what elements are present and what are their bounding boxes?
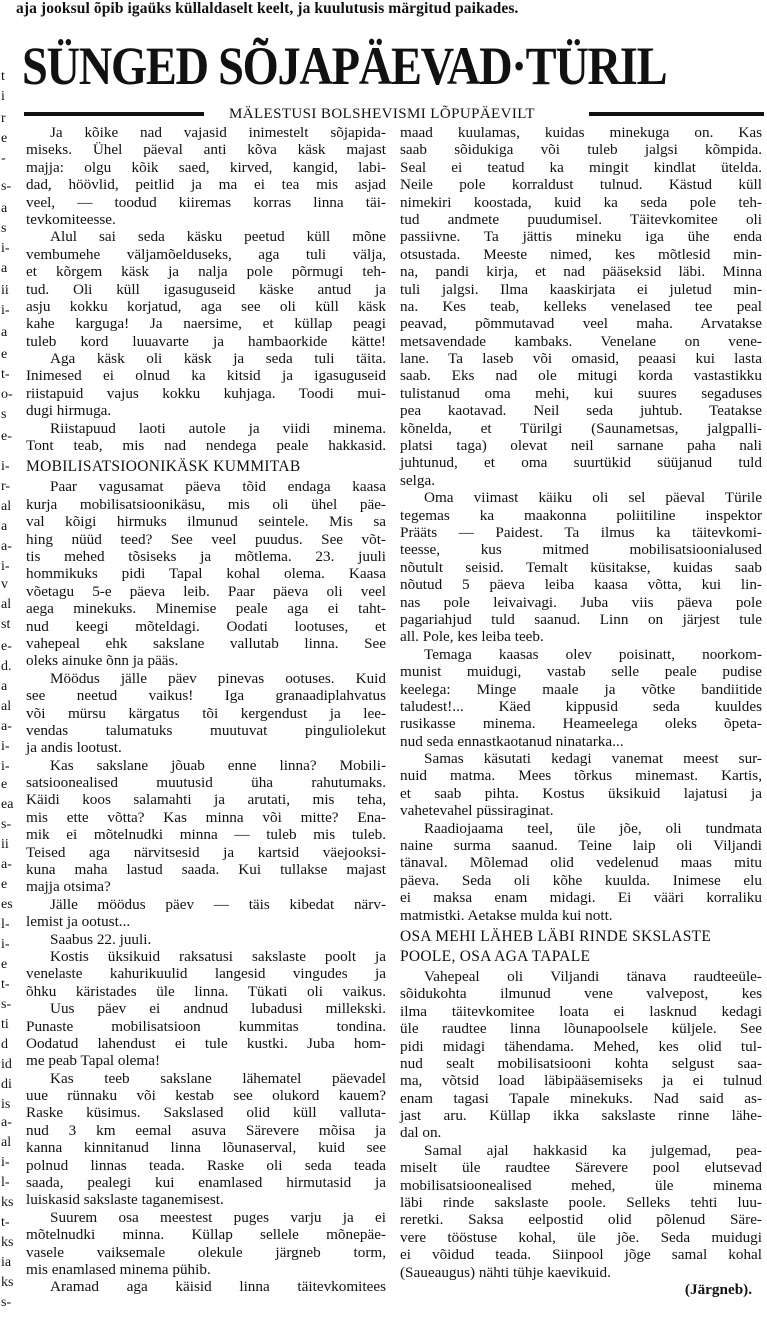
text-line: munist muidugi, vastab selle peale pudis… [400, 663, 762, 680]
margin-fragment: ks [1, 1276, 13, 1290]
text-line: venelaste kahurikuulid langesid vingudes… [26, 965, 386, 982]
margin-fragment: a [1, 202, 7, 216]
text-line: saab. Eks nad ole mitugi korda vastastik… [400, 367, 762, 384]
text-line: Aramad aga käisid linna täitevkomitees [26, 1278, 386, 1295]
article-continuation-note: (Järgneb). [400, 1281, 762, 1298]
text-line: vahepeal ehk sakslane vallutab linna. Se… [26, 635, 386, 652]
margin-fragment: st [1, 618, 10, 632]
rule-right [589, 112, 764, 116]
text-line: teesse, kus mitmed mobilisatsioonialused [400, 541, 762, 558]
text-line: peavad, põmmutavad veel maha. Arvatakse [400, 315, 762, 332]
text-line: läbi rinde sakslaste poole. Selleks teht… [400, 1194, 762, 1211]
margin-fragment: a- [1, 720, 12, 734]
margin-fragment: t- [1, 1216, 10, 1230]
rule-left [24, 112, 204, 116]
margin-fragment: al [1, 500, 11, 514]
text-line: nud sealt mobilisatsiooni kohta selgust … [400, 1055, 762, 1072]
text-line: Riistapuud laoti autole ja viidi minema. [26, 420, 386, 437]
text-line: vahetevahel püssiraginat. [400, 802, 762, 819]
margin-fragment: i- [1, 560, 10, 574]
margin-fragment: i- [1, 460, 10, 474]
text-line: all. Pole, kes leiba teeb. [400, 628, 762, 645]
margin-fragment: i- [1, 760, 10, 774]
text-line: lane. Ta laseb või omasid, peaasi kui la… [400, 350, 762, 367]
text-line: kanna kinnitanud linna lõunaserval, kuid… [26, 1139, 386, 1156]
text-line: võetagu 5-e päeva leib. Paar päeva oli v… [26, 583, 386, 600]
margin-fragment: di [1, 1078, 12, 1092]
margin-fragment: v [1, 578, 8, 592]
text-line: nimekiri koostada, kuid ka seda pole teh… [400, 194, 762, 211]
margin-fragment: s- [1, 998, 11, 1012]
margin-fragment: e [1, 878, 7, 892]
text-line: (Saueaugus) nähti tühje kaevikuid. [400, 1264, 762, 1281]
text-line: pagariahjud tuld saanud. Linn on järjest… [400, 611, 762, 628]
text-line: üle raudtee linna lõunapoolsele küljele.… [400, 1020, 762, 1037]
margin-fragment: a- [1, 858, 12, 872]
margin-fragment: a [1, 326, 7, 340]
text-line: passiivne. Ta jättis mineku iga ühe enda [400, 228, 762, 245]
text-line: majja otsima? [26, 878, 386, 895]
text-line: Raadiojaama teel, üle jõe, oli tundmata [400, 820, 762, 837]
text-line: satsioonealised muutusid üha rahutumaks. [26, 774, 386, 791]
text-line: hing nüüd teed? See veel puudus. See võt… [26, 531, 386, 548]
margin-fragment: a [1, 680, 7, 694]
text-line: Saabus 22. juuli. [26, 931, 386, 948]
margin-fragment: ia [1, 1256, 11, 1270]
text-line: mobilisatsioonealised mehed, üle minema [400, 1177, 762, 1194]
text-line: pidi midagi tähendama. Mehed, kes olid t… [400, 1038, 762, 1055]
text-line: kuna maha lastud saada. Kui tullakse maj… [26, 861, 386, 878]
text-line: metsavendade kambaks. Venelane on vene- [400, 333, 762, 350]
margin-fragment: i [1, 90, 5, 104]
text-line: dal on. [400, 1124, 762, 1141]
margin-fragment: es [1, 898, 13, 912]
margin-fragment: ii [1, 284, 9, 298]
margin-fragment: al [1, 598, 11, 612]
margin-fragment: a- [1, 1116, 12, 1130]
margin-fragment: s- [1, 1296, 11, 1310]
text-line: tud andmete puudumisel. Täitevkomitee ol… [400, 211, 762, 228]
margin-fragment: al [1, 700, 11, 714]
text-line: Tont teab, mis nad nendega peale hakkasi… [26, 437, 386, 454]
text-line: Oma viimast käiku oli sel päeval Türile [400, 489, 762, 506]
text-line: saada, pealegi kui enamlased hirmutasid … [26, 1174, 386, 1191]
text-line: mis enamlased minema pühib. [26, 1261, 386, 1278]
section-heading: MOBILISATSIOONIKÄSK KUMMITAB [26, 458, 386, 476]
text-line: Teised aga närvitsesid ja kartsid väejoo… [26, 844, 386, 861]
subheadline: MÄLESTUSI BOLSHEVISMI LÕPUPÄEVILT [229, 106, 535, 122]
text-line: majja: olgu kõik saed, kirved, kangid, l… [26, 159, 386, 176]
text-line: ei võidud teada. Siinpool jõge samal koh… [400, 1246, 762, 1263]
text-line: naine surma saanud. Teine laip oli Vilja… [400, 837, 762, 854]
section-heading: OSA MEHI LÄHEB LÄBI RINDE SKSLASTE [400, 928, 762, 946]
top-line-fragment: aja jooksul õpib igaüks küllaldaselt kee… [16, 0, 716, 18]
margin-fragment: ti [1, 1018, 9, 1032]
margin-fragment: al [1, 1136, 11, 1150]
article-column-right: maad kuulamas, kuidas minekuga on. Kassa… [400, 124, 762, 1298]
text-line: ei maksa enam midagi. Ei vääri korraliku [400, 889, 762, 906]
text-line: või mürsu kärgatus tõi kergendust ja lee… [26, 705, 386, 722]
section-heading: POOLE, OSA AGA TAPALE [400, 948, 762, 966]
text-line: polnud linnas teada. Raske oli seda tead… [26, 1157, 386, 1174]
margin-fragment: i- [1, 740, 10, 754]
text-line: ja andis lootust. [26, 739, 386, 756]
text-line: me peab Tapal olema! [26, 1052, 386, 1069]
text-line: matmistki. Aetakse mulda kui nott. [400, 907, 762, 924]
margin-fragment: ii [1, 838, 9, 852]
text-line: Samal ajal hakkasid ka julgemad, pea- [400, 1142, 762, 1159]
text-line: et saab pihta. Kostus üksikuid lajatusi … [400, 785, 762, 802]
text-line: Seal ei teatud ka mingit kindlat ütelda. [400, 159, 762, 176]
text-line: na. Kes teab, kelleks venelased tee peal [400, 298, 762, 315]
text-line: pea kaotavad. Neil seda juhtub. Teatakse [400, 402, 762, 419]
text-line: see neetud vaikus! Iga granaadiplahvatus [26, 687, 386, 704]
margin-fragment: s- [1, 180, 11, 194]
text-line: ma, võtsid load läbipääsemiseks ja ei tu… [400, 1072, 762, 1089]
text-line: nud 3 km eemal asuva Särevere mõisa ja [26, 1122, 386, 1139]
margin-fragment: o- [1, 388, 13, 402]
text-line: veel, — toodud kiiremas korras linna täi… [26, 194, 386, 211]
text-line: Kostis üksikuid raksatusi sakslaste pool… [26, 948, 386, 965]
text-line: vendas talumatuks muutuvat pinguliolekut [26, 722, 386, 739]
text-line: õhku käristades üle linna. Tükati oli va… [26, 983, 386, 1000]
text-line: Neile pole korraldust tulnud. Kästud kül… [400, 176, 762, 193]
text-line: tänaval. Mõlemad olid vedelenud maas mit… [400, 854, 762, 871]
text-line: Möödus jälle päev pinevas ootuses. Kuid [26, 670, 386, 687]
text-line: reretki. Saksa eelpostid olid põlenud Sä… [400, 1211, 762, 1228]
text-line: taludest!... Käed kippusid seda kuuldes [400, 698, 762, 715]
text-line: nud seda ennastkaotanud ninatarka... [400, 733, 762, 750]
margin-fragment: - [1, 152, 6, 166]
text-line: riistapuid vajus kokku kuhjaga. Toodi mu… [26, 385, 386, 402]
margin-fragment: e- [1, 640, 12, 654]
text-line: nõutud 5 päeva leiba kaasa võtta, kui li… [400, 576, 762, 593]
text-line: selga. [400, 472, 762, 489]
text-line: tuleb kord luuavarte ja hambaorkide kätt… [26, 333, 386, 350]
margin-fragment: e [1, 348, 7, 362]
margin-fragment: t- [1, 368, 10, 382]
text-line: oleks ainuke õnn ja pääs. [26, 652, 386, 669]
text-line: päeva. Seda oli kõhe kuulda. Inimese elu [400, 872, 762, 889]
margin-fragment: ks [1, 1236, 13, 1250]
text-line: Punaste mobilisatsioon kummitas tondina. [26, 1018, 386, 1035]
margin-fragment: r- [1, 480, 10, 494]
text-line: dugi hirmuga. [26, 402, 386, 419]
text-line: Inimesed ei olnud ka kitsid ja igasuguse… [26, 367, 386, 384]
margin-fragment: s [1, 222, 6, 236]
text-line: hommikuks pidi Tapal kohal olema. Kaasa [26, 565, 386, 582]
text-line: vembumehe väljamõelduseks, aga tuli välj… [26, 246, 386, 263]
margin-fragment: i- [1, 938, 10, 952]
margin-fragment: a [1, 520, 7, 534]
text-line: sõidukohta ilmunud vene valvepost, kes [400, 985, 762, 1002]
text-line: nud keegi mõteldagi. Oodati lootuses, et [26, 618, 386, 635]
text-line: otsustada. Meeste nimed, kes mõtlesid mi… [400, 246, 762, 263]
text-line: platsi taga) olevat neil sarnane paha na… [400, 437, 762, 454]
margin-fragment: s- [1, 818, 11, 832]
adjacent-column-fragments: tire-s-asi-aiii-aet-o-se-i-r-alaa-i-vals… [0, 0, 16, 1340]
text-line: Prääts — Paidest. Ta ilmus ka täitevkomi… [400, 524, 762, 541]
text-line: saab sõidukiga või tuleb jalgsi kõmpida. [400, 141, 762, 158]
margin-fragment: i- [1, 242, 10, 256]
text-line: tuli jalgsi. Ilma kaaskirjata ei juletud… [400, 281, 762, 298]
text-line: Kas teeb sakslane lähematel päevadel [26, 1070, 386, 1087]
text-line: mis ette võtta? Kas minna või mitte? Ena… [26, 809, 386, 826]
text-line: et kõrgem käsk ja nalja pole põrmugi teh… [26, 263, 386, 280]
margin-fragment: l- [1, 1176, 10, 1190]
margin-fragment: e [1, 958, 7, 972]
text-line: Vahepeal oli Viljandi tänava raudteeüle- [400, 968, 762, 985]
text-line: lemist ja ootust... [26, 913, 386, 930]
margin-fragment: t [1, 70, 5, 84]
text-line: tulistanud oma mehi, kui suures segaduse… [400, 385, 762, 402]
text-line: Oodatud lahendust ei tule kustki. Juba h… [26, 1035, 386, 1052]
text-line: nuid matma. Mees tõrkus minemast. Kartis… [400, 767, 762, 784]
text-line: mik ei mõtelnudki minna — tuleb mis tule… [26, 826, 386, 843]
text-line: Alul sai seda käsku peetud küll mõne [26, 228, 386, 245]
text-line: miselt üle raudtee Särevere pool elutsev… [400, 1159, 762, 1176]
text-line: vere tööstuse kohal, üle jõe. Seda muidu… [400, 1229, 762, 1246]
margin-fragment: t- [1, 978, 10, 992]
text-line: vasele vaiksemale olekule järgneb torm, [26, 1244, 386, 1261]
text-line: Kas sakslane jõuab enne linna? Mobili- [26, 757, 386, 774]
text-line: ilma täitevkomitee loata ei lasknud keda… [400, 1003, 762, 1020]
margin-fragment: ks [1, 1196, 13, 1210]
text-line: tud. Oli küll igasuguseid käske antud ja [26, 281, 386, 298]
text-line: Uus päev ei andnud lubadusi millekski. [26, 1000, 386, 1017]
text-line: rusikasse minema. Heameelega oleks õpeta… [400, 715, 762, 732]
text-line: keelega: Minge maale ja võtke bandiitide [400, 681, 762, 698]
text-line: Suurem osa meestest puges varju ja ei [26, 1209, 386, 1226]
margin-fragment: is [1, 1098, 10, 1112]
text-line: nas pole leivaivagi. Juba viis päeva pol… [400, 594, 762, 611]
text-line: Ja kõike nad vajasid inimestelt sõjapida… [26, 124, 386, 141]
text-line: kahe karguga! Ja naersime, et küllap pea… [26, 315, 386, 332]
text-line: jast aru. Küllap ikka sakslaste rinne lä… [400, 1107, 762, 1124]
text-line: kurja mobilisatsioonikäsu, mis oli ühel … [26, 496, 386, 513]
text-line: tevkomiteesse. [26, 211, 386, 228]
margin-fragment: id [1, 1058, 12, 1072]
text-line: asju kokku korjatud, aga see oli küll kä… [26, 298, 386, 315]
text-line: miseks. Ühel päeval anti kõva käsk majas… [26, 141, 386, 158]
margin-fragment: e [1, 132, 7, 146]
text-line: tegemas ka maakonna poliitiline inspekto… [400, 507, 762, 524]
margin-fragment: a- [1, 540, 12, 554]
text-line: tis mehed tõsiseks ja mõtlema. 23. juuli [26, 548, 386, 565]
text-line: Paar vagusamat päeva tõid endaga kaasa [26, 478, 386, 495]
subheadline-row: MÄLESTUSI BOLSHEVISMI LÕPUPÄEVILT [24, 106, 764, 122]
margin-fragment: s [1, 408, 6, 422]
text-line: juhtunud, et oma suurtükid süüjanud tuld [400, 454, 762, 471]
text-line: luiskasid sakslaste taganemisest. [26, 1191, 386, 1208]
text-line: Raske küsimus. Sakslased olid küll vallu… [26, 1104, 386, 1121]
text-line: nõutult seisid. Temalt küsitakse, kuidas… [400, 559, 762, 576]
headline: SÜNGED SÕJAPÄEVAD·TÜRIL [22, 36, 658, 96]
text-line: mõtelnudki minna. Küllap sellele mõnepäe… [26, 1226, 386, 1243]
text-line: enam tagasi Tapale minekuks. Nad said as… [400, 1090, 762, 1107]
margin-fragment: a [1, 262, 7, 276]
margin-fragment: ea [1, 798, 13, 812]
text-line: Käidi koos salamahti ja arutati, mis teh… [26, 791, 386, 808]
margin-fragment: i- [1, 1156, 10, 1170]
text-line: Samas käsutati kedagi vanemat meest sur- [400, 750, 762, 767]
margin-fragment: e [1, 778, 7, 792]
text-line: maad kuulamas, kuidas minekuga on. Kas [400, 124, 762, 141]
margin-fragment: l- [1, 918, 10, 932]
text-line: dad, höövlid, peitlid ja ma ei tea mis a… [26, 176, 386, 193]
margin-fragment: e- [1, 430, 12, 444]
margin-fragment: r [1, 112, 6, 126]
text-line: Jälle möödus päev — täis kibedat närv- [26, 896, 386, 913]
margin-fragment: i- [1, 304, 10, 318]
margin-fragment: d [1, 1038, 8, 1052]
text-line: na, pandi kirja, et nad pääseksid läbi. … [400, 263, 762, 280]
article-column-left: Ja kõike nad vajasid inimestelt sõjapida… [26, 124, 386, 1296]
margin-fragment: d. [1, 660, 12, 674]
text-line: Temaga kaasas olev poisinatt, noorkom- [400, 646, 762, 663]
text-line: val kõigi hirmuks ilmunud seintele. Mis … [26, 513, 386, 530]
text-line: uue rünnaku või kestab see olukord kauem… [26, 1087, 386, 1104]
text-line: Aga käsk oli käsk ja seda tuli täita. [26, 350, 386, 367]
text-line: kõnelda, et Türilgi (Saunametsas, jalgpa… [400, 420, 762, 437]
text-line: aega minekuks. Minemise peale aga ei tah… [26, 600, 386, 617]
